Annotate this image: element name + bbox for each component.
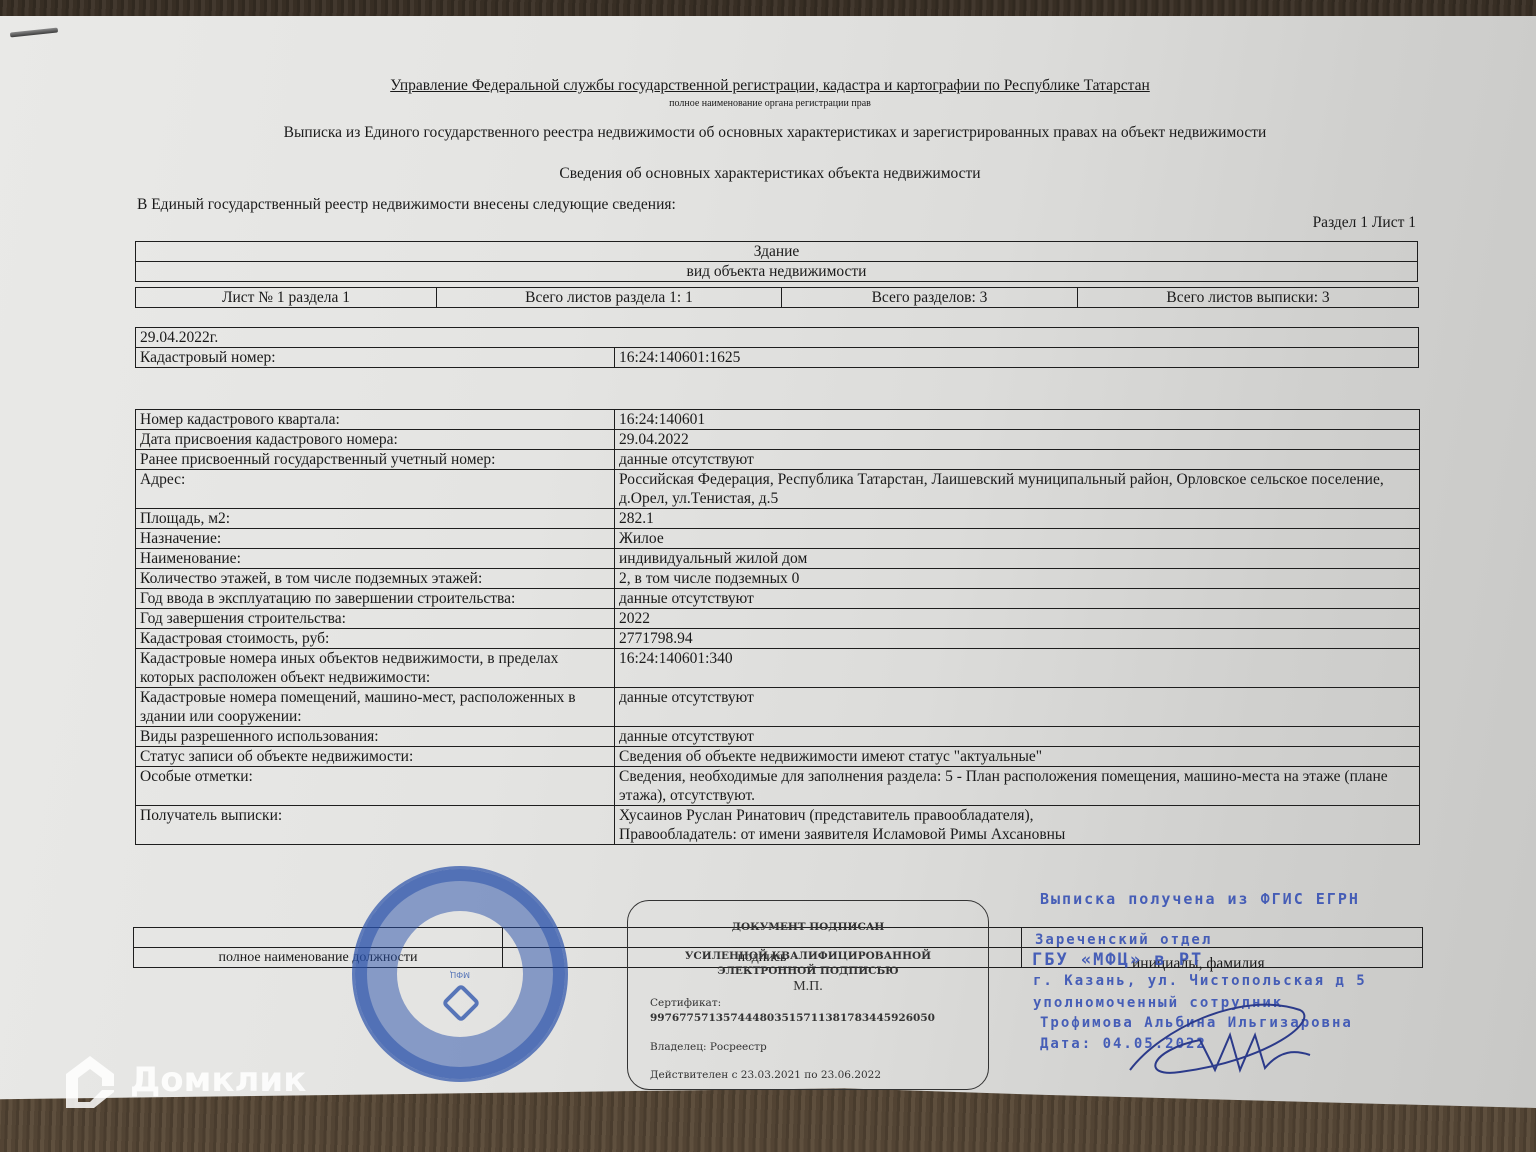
watermark-brand: Домклик: [130, 1060, 306, 1100]
row-label: Адрес:: [136, 470, 615, 509]
row-label: Назначение:: [136, 529, 615, 549]
cadastral-table: 29.04.2022г. Кадастровый номер: 16:24:14…: [135, 327, 1419, 368]
row-label: Год ввода в эксплуатацию по завершении с…: [136, 589, 615, 609]
row-label: Кадастровые номера иных объектов недвижи…: [136, 649, 615, 688]
row-value: Сведения об объекте недвижимости имеют с…: [615, 747, 1420, 767]
seal-center-text: МФЦ: [415, 969, 505, 979]
row-value: 2022: [615, 609, 1420, 629]
ecp-line-3: ЭЛЕКТРОННОЙ ПОДПИСЬЮ: [628, 965, 988, 977]
characteristics-table: Номер кадастрового квартала:16:24:140601…: [135, 409, 1420, 845]
cadastral-number-label: Кадастровый номер:: [136, 348, 615, 368]
ecp-cert-label: Сертификат:: [650, 997, 721, 1009]
row-value: Жилое: [615, 529, 1420, 549]
ecp-cert-value: 99767757135744480351571138178344592605​0: [650, 1012, 935, 1024]
row-value: данные отсутствуют: [615, 450, 1420, 470]
row-value: данные отсутствуют: [615, 727, 1420, 747]
section-reference: Раздел 1 Лист 1: [1200, 214, 1416, 232]
table-row: Кадастровые номера иных объектов недвижи…: [136, 649, 1420, 688]
table-row: Ранее присвоенный государственный учетны…: [136, 450, 1420, 470]
row-value: Сведения, необходимые для заполнения раз…: [615, 767, 1420, 806]
table-row: Количество этажей, в том числе подземных…: [136, 569, 1420, 589]
mfc-logo-icon: [441, 983, 481, 1023]
row-label: Особые отметки:: [136, 767, 615, 806]
blue-stamp-line-3: ГБУ «МФЦ» в РТ: [1032, 950, 1203, 970]
row-label: Кадастровые номера помещений, машино-мес…: [136, 688, 615, 727]
org-title: Управление Федеральной службы государств…: [330, 77, 1210, 95]
recipient-line-2: Правообладатель: от имени заявителя Исла…: [619, 825, 1415, 844]
recipient-line-1: Хусаинов Руслан Ринатович (представитель…: [619, 806, 1415, 825]
row-label: Номер кадастрового квартала:: [136, 410, 615, 430]
table-row: Год ввода в эксплуатацию по завершении с…: [136, 589, 1420, 609]
row-value: данные отсутствуют: [615, 589, 1420, 609]
sheets-table: Лист № 1 раздела 1 Всего листов раздела …: [135, 287, 1419, 308]
table-row: Кадастровые номера помещений, машино-мес…: [136, 688, 1420, 727]
handwritten-signature: [1120, 990, 1320, 1080]
round-seal-stamp: МФЦ: [352, 866, 568, 1082]
object-kind-caption: вид объекта недвижимости: [136, 262, 1418, 282]
table-row: Виды разрешенного использования:данные о…: [136, 727, 1420, 747]
row-label: Виды разрешенного использования:: [136, 727, 615, 747]
blue-stamp-line-4: г. Казань, ул. Чистопольская д 5: [1033, 973, 1367, 989]
row-value: индивидуальный жилой дом: [615, 549, 1420, 569]
row-value: Российская Федерация, Республика Татарст…: [615, 470, 1420, 509]
table-row: Год завершения строительства:2022: [136, 609, 1420, 629]
document-title: Выписка из Единого государственного реес…: [130, 124, 1420, 142]
domclick-watermark: Домклик: [62, 1052, 306, 1108]
blue-stamp-line-1: Выписка получена из ФГИС ЕГРН: [1040, 890, 1360, 908]
intro-text: В Единый государственный реестр недвижим…: [137, 196, 676, 214]
sheet-number: Лист № 1 раздела 1: [136, 288, 437, 308]
table-row: Статус записи об объекте недвижимости:Св…: [136, 747, 1420, 767]
total-sheets: Всего листов выписки: 3: [1078, 288, 1419, 308]
section-title: Сведения об основных характеристиках объ…: [130, 165, 1410, 183]
ecp-validity: Действителен с 23.03.2021 по 23.06.2022: [650, 1069, 881, 1081]
table-row: Дата присвоения кадастрового номера:29.0…: [136, 430, 1420, 450]
row-value: 16:24:140601: [615, 410, 1420, 430]
row-value: Хусаинов Руслан Ринатович (представитель…: [615, 806, 1420, 845]
row-label: Ранее присвоенный государственный учетны…: [136, 450, 615, 470]
table-row: Наименование:индивидуальный жилой дом: [136, 549, 1420, 569]
row-label: Наименование:: [136, 549, 615, 569]
row-value: данные отсутствуют: [615, 688, 1420, 727]
org-caption: полное наименование органа регистрации п…: [330, 98, 1210, 109]
row-value: 16:24:140601:340: [615, 649, 1420, 688]
row-label: Год завершения строительства:: [136, 609, 615, 629]
row-label: Площадь, м2:: [136, 509, 615, 529]
electronic-signature-stamp: ДОКУМЕНТ ПОДПИСАН УСИЛЕННОЙ КВАЛИФИЦИРОВ…: [627, 900, 989, 1090]
row-value: 282.1: [615, 509, 1420, 529]
row-value: 2771798.94: [615, 629, 1420, 649]
table-row: Назначение:Жилое: [136, 529, 1420, 549]
row-value: 2, в том числе подземных 0: [615, 569, 1420, 589]
row-label: Кадастровая стоимость, руб:: [136, 629, 615, 649]
total-sections: Всего разделов: 3: [782, 288, 1078, 308]
row-label: Статус записи об объекте недвижимости:: [136, 747, 615, 767]
table-row: Кадастровая стоимость, руб:2771798.94: [136, 629, 1420, 649]
extract-date: 29.04.2022г.: [136, 328, 1419, 348]
row-label: Дата присвоения кадастрового номера:: [136, 430, 615, 450]
object-kind-value: Здание: [136, 242, 1418, 262]
ecp-owner: Владелец: Росреестр: [650, 1041, 767, 1053]
table-row: Получатель выписки:Хусаинов Руслан Ринат…: [136, 806, 1420, 845]
ecp-mp: М.П.: [628, 979, 988, 995]
table-row: Площадь, м2:282.1: [136, 509, 1420, 529]
cadastral-number-value: 16:24:140601:1625: [615, 348, 1419, 368]
table-row: Особые отметки:Сведения, необходимые для…: [136, 767, 1420, 806]
row-label: Количество этажей, в том числе подземных…: [136, 569, 615, 589]
sheets-in-section: Всего листов раздела 1: 1: [437, 288, 782, 308]
table-row: Номер кадастрового квартала:16:24:140601: [136, 410, 1420, 430]
blue-stamp-line-2: Зареченский отдел: [1035, 932, 1212, 948]
ecp-line-1: ДОКУМЕНТ ПОДПИСАН: [628, 921, 988, 933]
object-kind-table: Здание вид объекта недвижимости: [135, 241, 1418, 282]
row-label: Получатель выписки:: [136, 806, 615, 845]
table-row: Адрес:Российская Федерация, Республика Т…: [136, 470, 1420, 509]
row-value: 29.04.2022: [615, 430, 1420, 450]
house-logo-icon: [62, 1052, 118, 1108]
ecp-line-2: УСИЛЕННОЙ КВАЛИФИЦИРОВАННОЙ: [628, 950, 988, 962]
